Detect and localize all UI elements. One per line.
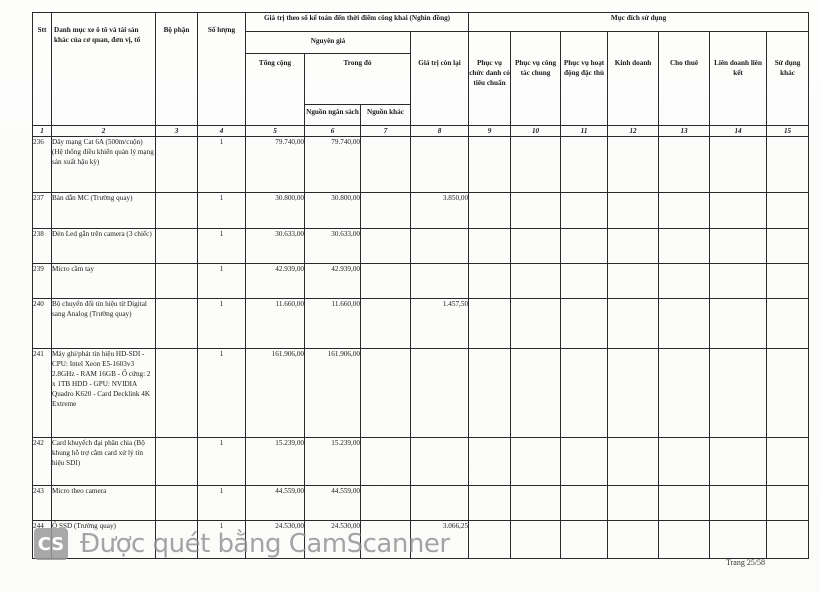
row-purpose-cell bbox=[767, 349, 809, 438]
row-other-source bbox=[361, 438, 411, 486]
row-purpose-cell bbox=[767, 264, 809, 299]
row-purpose-cell bbox=[561, 193, 608, 229]
row-residual-value bbox=[411, 438, 469, 486]
row-total: 24.530,00 bbox=[246, 521, 305, 559]
header-book-value-group: Giá trị theo sổ kế toán đến thời điểm cô… bbox=[246, 13, 469, 32]
row-purpose-cell bbox=[561, 229, 608, 264]
table-row: 239Micro cầm tay142.939,0042.939,00 bbox=[33, 264, 809, 299]
table-row: 244Ổ SSD (Trường quay)124.530,0024.530,0… bbox=[33, 521, 809, 559]
row-purpose-cell bbox=[561, 349, 608, 438]
header-purpose-7: Sử dụng khác bbox=[767, 32, 809, 126]
row-purpose-cell bbox=[659, 438, 710, 486]
row-stt: 237 bbox=[33, 193, 52, 229]
row-total: 42.939,00 bbox=[246, 264, 305, 299]
row-total: 30.800,00 bbox=[246, 193, 305, 229]
row-item-name: Micro cầm tay bbox=[52, 264, 156, 299]
row-purpose-cell bbox=[511, 229, 561, 264]
row-purpose-cell bbox=[561, 264, 608, 299]
row-residual-value: 3.850,00 bbox=[411, 193, 469, 229]
column-number: 9 bbox=[469, 126, 511, 137]
header-purpose-3: Phục vụ hoạt động đặc thù bbox=[561, 32, 608, 126]
table-row: 241Máy ghi/phát tín hiệu HD-SDI - CPU: I… bbox=[33, 349, 809, 438]
row-purpose-cell bbox=[511, 521, 561, 559]
table-row: 236Dây mạng Cat 6A (500m/cuộn) (Hệ thống… bbox=[33, 137, 809, 193]
row-purpose-cell bbox=[710, 264, 767, 299]
asset-table: Stt Danh mục xe ô tô và tài sản khác của… bbox=[32, 12, 809, 559]
row-purpose-cell bbox=[608, 486, 659, 521]
row-quantity: 1 bbox=[198, 299, 246, 349]
row-department bbox=[156, 438, 198, 486]
column-number: 14 bbox=[710, 126, 767, 137]
row-department bbox=[156, 193, 198, 229]
row-stt: 238 bbox=[33, 229, 52, 264]
row-stt: 242 bbox=[33, 438, 52, 486]
column-number: 8 bbox=[411, 126, 469, 137]
row-other-source bbox=[361, 486, 411, 521]
row-quantity: 1 bbox=[198, 438, 246, 486]
header-residual-value: Giá trị còn lại bbox=[411, 32, 469, 126]
row-purpose-cell bbox=[767, 193, 809, 229]
header-purpose-2: Phục vụ công tác chung bbox=[511, 32, 561, 126]
row-purpose-cell bbox=[608, 264, 659, 299]
column-number: 7 bbox=[361, 126, 411, 137]
row-purpose-cell bbox=[710, 438, 767, 486]
column-number: 13 bbox=[659, 126, 710, 137]
row-state-budget: 15.239,00 bbox=[305, 438, 361, 486]
row-purpose-cell bbox=[659, 299, 710, 349]
row-purpose-cell bbox=[511, 193, 561, 229]
row-item-name: Bộ chuyển đổi tín hiệu từ Digital sang A… bbox=[52, 299, 156, 349]
row-state-budget: 30.633,00 bbox=[305, 229, 361, 264]
row-quantity: 1 bbox=[198, 137, 246, 193]
row-department bbox=[156, 349, 198, 438]
row-total: 44.559,00 bbox=[246, 486, 305, 521]
row-quantity: 1 bbox=[198, 349, 246, 438]
row-purpose-cell bbox=[767, 521, 809, 559]
row-purpose-cell bbox=[469, 229, 511, 264]
row-purpose-cell bbox=[767, 299, 809, 349]
row-quantity: 1 bbox=[198, 193, 246, 229]
row-total: 161.906,00 bbox=[246, 349, 305, 438]
row-department bbox=[156, 264, 198, 299]
row-purpose-cell bbox=[710, 486, 767, 521]
row-quantity: 1 bbox=[198, 486, 246, 521]
row-department bbox=[156, 299, 198, 349]
column-number: 1 bbox=[33, 126, 52, 137]
row-purpose-cell bbox=[561, 137, 608, 193]
row-residual-value: 3.066,25 bbox=[411, 521, 469, 559]
row-purpose-cell bbox=[511, 299, 561, 349]
table-body: 236Dây mạng Cat 6A (500m/cuộn) (Hệ thống… bbox=[33, 137, 809, 559]
scanned-page: Stt Danh mục xe ô tô và tài sản khác của… bbox=[0, 0, 820, 592]
row-state-budget: 44.559,00 bbox=[305, 486, 361, 521]
row-purpose-cell bbox=[469, 193, 511, 229]
row-residual-value bbox=[411, 486, 469, 521]
row-purpose-cell bbox=[608, 299, 659, 349]
row-residual-value: 1.457,50 bbox=[411, 299, 469, 349]
row-residual-value bbox=[411, 264, 469, 299]
row-purpose-cell bbox=[710, 137, 767, 193]
row-purpose-cell bbox=[608, 438, 659, 486]
row-other-source bbox=[361, 299, 411, 349]
row-other-source bbox=[361, 137, 411, 193]
table-row: 240Bộ chuyển đổi tín hiệu từ Digital san… bbox=[33, 299, 809, 349]
header-quantity: Số lượng bbox=[198, 13, 246, 126]
row-purpose-cell bbox=[511, 486, 561, 521]
row-item-name: Ổ SSD (Trường quay) bbox=[52, 521, 156, 559]
row-department bbox=[156, 521, 198, 559]
row-item-name: Đèn Led gắn trên camera (3 chiếc) bbox=[52, 229, 156, 264]
row-purpose-cell bbox=[469, 264, 511, 299]
row-other-source bbox=[361, 349, 411, 438]
column-number: 12 bbox=[608, 126, 659, 137]
row-purpose-cell bbox=[767, 438, 809, 486]
row-purpose-cell bbox=[710, 229, 767, 264]
header-original-price: Nguyên giá bbox=[246, 32, 411, 54]
row-purpose-cell bbox=[710, 299, 767, 349]
row-purpose-cell bbox=[608, 193, 659, 229]
header-department: Bộ phận bbox=[156, 13, 198, 126]
row-purpose-cell bbox=[767, 229, 809, 264]
row-purpose-cell bbox=[767, 137, 809, 193]
row-item-name: Dây mạng Cat 6A (500m/cuộn) (Hệ thống đi… bbox=[52, 137, 156, 193]
header-stt: Stt bbox=[33, 13, 52, 126]
row-purpose-cell bbox=[511, 349, 561, 438]
row-residual-value bbox=[411, 229, 469, 264]
header-purpose-5: Cho thuê bbox=[659, 32, 710, 126]
column-number: 10 bbox=[511, 126, 561, 137]
table-row: 242Card khuyếch đại phân chia (Bộ khung … bbox=[33, 438, 809, 486]
row-total: 11.660,00 bbox=[246, 299, 305, 349]
row-purpose-cell bbox=[767, 486, 809, 521]
row-purpose-cell bbox=[469, 299, 511, 349]
header-purpose-group: Mục đích sử dụng bbox=[469, 13, 809, 32]
row-purpose-cell bbox=[659, 521, 710, 559]
row-item-name: Bàn dẫn MC (Trường quay) bbox=[52, 193, 156, 229]
header-item-list: Danh mục xe ô tô và tài sản khác của cơ … bbox=[52, 13, 156, 126]
header-other-source: Nguồn khác bbox=[361, 105, 411, 126]
row-quantity: 1 bbox=[198, 264, 246, 299]
header-purpose-6: Liên doanh liên kết bbox=[710, 32, 767, 126]
table-row: 238Đèn Led gắn trên camera (3 chiếc)130.… bbox=[33, 229, 809, 264]
column-number: 5 bbox=[246, 126, 305, 137]
table-row: 243Micro theo camera144.559,0044.559,00 bbox=[33, 486, 809, 521]
row-state-budget: 79.740,00 bbox=[305, 137, 361, 193]
row-item-name: Card khuyếch đại phân chia (Bộ khung hỗ … bbox=[52, 438, 156, 486]
row-stt: 241 bbox=[33, 349, 52, 438]
row-quantity: 1 bbox=[198, 229, 246, 264]
row-purpose-cell bbox=[710, 349, 767, 438]
row-purpose-cell bbox=[659, 264, 710, 299]
row-purpose-cell bbox=[659, 486, 710, 521]
table-row: 237Bàn dẫn MC (Trường quay)130.800,0030.… bbox=[33, 193, 809, 229]
row-state-budget: 42.939,00 bbox=[305, 264, 361, 299]
row-department bbox=[156, 486, 198, 521]
row-purpose-cell bbox=[469, 521, 511, 559]
row-purpose-cell bbox=[659, 193, 710, 229]
row-stt: 239 bbox=[33, 264, 52, 299]
row-purpose-cell bbox=[659, 229, 710, 264]
row-purpose-cell bbox=[561, 438, 608, 486]
column-number: 15 bbox=[767, 126, 809, 137]
column-number: 6 bbox=[305, 126, 361, 137]
row-state-budget: 161.906,00 bbox=[305, 349, 361, 438]
column-number-row: 123456789101112131415 bbox=[33, 126, 809, 137]
header-purpose-4: Kinh doanh bbox=[608, 32, 659, 126]
header-purpose-1: Phục vụ chức danh có tiêu chuẩn bbox=[469, 32, 511, 126]
header-of-which: Trong đó bbox=[305, 53, 411, 105]
row-purpose-cell bbox=[511, 264, 561, 299]
row-residual-value bbox=[411, 349, 469, 438]
row-purpose-cell bbox=[608, 229, 659, 264]
row-stt: 244 bbox=[33, 521, 52, 559]
row-quantity: 1 bbox=[198, 521, 246, 559]
row-residual-value bbox=[411, 137, 469, 193]
row-item-name: Máy ghi/phát tín hiệu HD-SDI - CPU: Inte… bbox=[52, 349, 156, 438]
row-state-budget: 11.660,00 bbox=[305, 299, 361, 349]
column-number: 2 bbox=[52, 126, 156, 137]
row-purpose-cell bbox=[710, 193, 767, 229]
row-purpose-cell bbox=[659, 349, 710, 438]
row-total: 30.633,00 bbox=[246, 229, 305, 264]
row-purpose-cell bbox=[608, 137, 659, 193]
row-other-source bbox=[361, 193, 411, 229]
row-purpose-cell bbox=[561, 299, 608, 349]
row-purpose-cell bbox=[469, 486, 511, 521]
row-purpose-cell bbox=[608, 521, 659, 559]
row-total: 15.239,00 bbox=[246, 438, 305, 486]
row-stt: 240 bbox=[33, 299, 52, 349]
row-other-source bbox=[361, 521, 411, 559]
row-purpose-cell bbox=[561, 521, 608, 559]
header-state-budget: Nguồn ngân sách bbox=[305, 105, 361, 126]
column-number: 3 bbox=[156, 126, 198, 137]
header-total: Tổng cộng bbox=[246, 53, 305, 126]
row-stt: 236 bbox=[33, 137, 52, 193]
row-total: 79.740,00 bbox=[246, 137, 305, 193]
page-number: Trang 25/58 bbox=[726, 558, 765, 567]
column-number: 11 bbox=[561, 126, 608, 137]
row-purpose-cell bbox=[659, 137, 710, 193]
row-other-source bbox=[361, 229, 411, 264]
row-other-source bbox=[361, 264, 411, 299]
row-state-budget: 30.800,00 bbox=[305, 193, 361, 229]
row-department bbox=[156, 137, 198, 193]
row-purpose-cell bbox=[511, 137, 561, 193]
row-stt: 243 bbox=[33, 486, 52, 521]
row-department bbox=[156, 229, 198, 264]
row-item-name: Micro theo camera bbox=[52, 486, 156, 521]
row-purpose-cell bbox=[469, 349, 511, 438]
row-purpose-cell bbox=[561, 486, 608, 521]
row-purpose-cell bbox=[469, 137, 511, 193]
row-purpose-cell bbox=[511, 438, 561, 486]
row-purpose-cell bbox=[608, 349, 659, 438]
column-number: 4 bbox=[198, 126, 246, 137]
row-purpose-cell bbox=[469, 438, 511, 486]
row-state-budget: 24.530,00 bbox=[305, 521, 361, 559]
row-purpose-cell bbox=[710, 521, 767, 559]
